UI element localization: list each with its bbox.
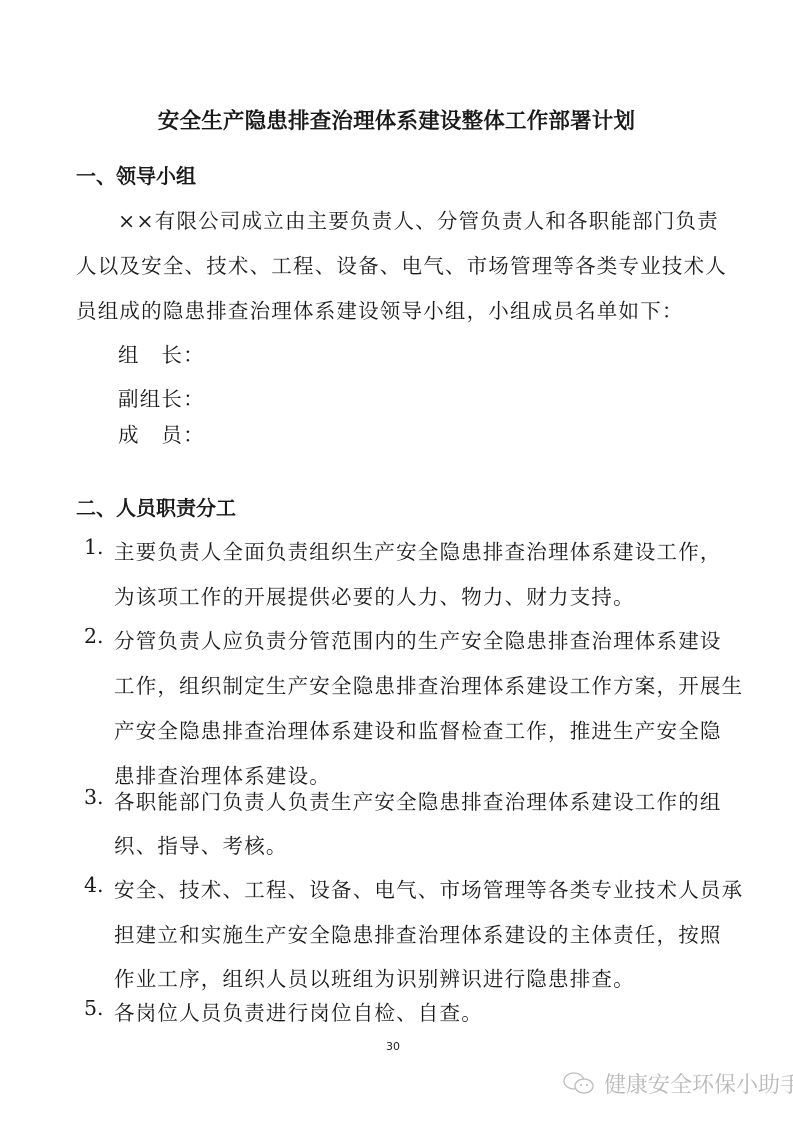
list-item-number: 3. <box>84 785 104 809</box>
list-item-number: 1. <box>84 535 104 559</box>
paragraph-line: 人以及安全、技术、工程、设备、电气、市场管理等各类专业技术人 <box>76 249 727 279</box>
wechat-icon <box>562 1071 596 1097</box>
list-item-line: 主要负责人全面负责组织生产安全隐患排查治理体系建设工作， <box>114 535 722 565</box>
list-item-line: 织、指导、考核。 <box>114 829 288 859</box>
list-item-line: 作业工序，组织人员以班组为识别辨识进行隐患排查。 <box>114 962 635 992</box>
list-item-line: 安全、技术、工程、设备、电气、市场管理等各类专业技术人员承 <box>114 873 743 903</box>
list-item-line: 产安全隐患排查治理体系建设和监督检查工作，推进生产安全隐 <box>114 714 722 744</box>
watermark: 健康安全环保小助手 <box>562 1068 793 1099</box>
paragraph-line: 员组成的隐患排查治理体系建设领导小组，小组成员名单如下： <box>76 294 684 324</box>
paragraph-line: ××有限公司成立由主要负责人、分管负责人和各职能部门负责 <box>118 204 719 234</box>
list-item-line: 为该项工作的开展提供必要的人力、物力、财力支持。 <box>114 580 635 610</box>
list-item-line: 分管负责人应负责分管范围内的生产安全隐患排查治理体系建设 <box>114 624 722 654</box>
list-item-number: 2. <box>84 624 104 648</box>
page-number: 30 <box>386 1040 400 1053</box>
section-heading-leadership-group: 一、领导小组 <box>76 160 196 189</box>
list-item-line: 各职能部门负责人负责生产安全隐患排查治理体系建设工作的组 <box>114 785 722 815</box>
role-label-leader: 组 长： <box>118 338 205 368</box>
role-label-deputy-leader: 副组长： <box>118 382 205 412</box>
list-item-line: 担建立和实施生产安全隐患排查治理体系建设的主体责任，按照 <box>114 918 722 948</box>
list-item-number: 5. <box>84 996 104 1020</box>
section-heading-responsibilities: 二、人员职责分工 <box>76 492 236 521</box>
list-item-number: 4. <box>84 873 104 897</box>
list-item-line: 工作，组织制定生产安全隐患排查治理体系建设工作方案，开展生 <box>114 669 743 699</box>
list-item-line: 各岗位人员负责进行岗位自检、自查。 <box>114 996 483 1026</box>
role-label-member: 成 员： <box>118 418 205 448</box>
watermark-text: 健康安全环保小助手 <box>604 1068 793 1099</box>
document-title: 安全生产隐患排查治理体系建设整体工作部署计划 <box>0 104 793 135</box>
